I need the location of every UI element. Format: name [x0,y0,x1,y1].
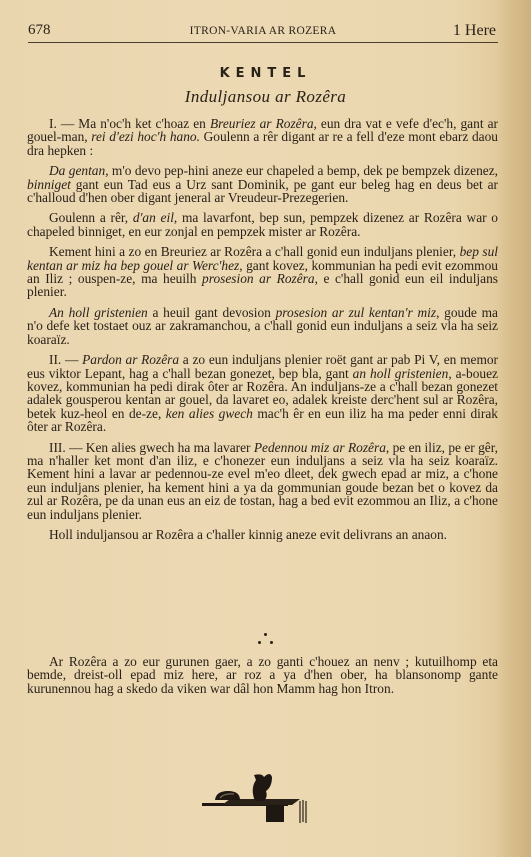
running-header: 678 ITRON-VARIA AR ROZERA 1 Here [28,22,498,43]
table-with-pitcher-bread-and-rosary-icon [200,765,320,825]
paragraph: II. — Pardon ar Rozêra a zo eun induljan… [27,353,498,433]
paragraph: An holl gristenien a heuil gant devosion… [27,306,498,346]
text-run: gant eun Tad eus a Urz sant Dominik, pe … [27,177,498,205]
emphasis-text: ken alies gwech [166,406,253,421]
book-page: 678 ITRON-VARIA AR ROZERA 1 Here KENTEL … [0,0,531,857]
month-label: 1 Here [453,22,496,40]
closing-text: Ar Rozêra a zo eur gurunen gaer, a zo ga… [27,655,498,695]
asterism-separator [0,628,531,644]
paragraph: Holl induljansou ar Rozêra a c'haller ki… [27,528,498,541]
lesson-heading: KENTEL [0,66,531,81]
paragraph: III. — Ken alies gwech ha ma lavarer Ped… [27,441,498,521]
emphasis-text: rei d'ezi hoc'h hano. [91,129,200,144]
running-title: ITRON-VARIA AR ROZERA [28,25,498,37]
paragraph: Kement hini a zo en Breuriez ar Rozêra a… [27,245,498,299]
paragraph: Da gentan, m'o devo pep-hini aneze eur c… [27,164,498,204]
section-title: Induljansou ar Rozêra [0,87,531,107]
text-run: Holl induljansou ar Rozêra a c'haller ki… [49,527,447,542]
paragraph: Goulenn a rêr, d'an eil, ma lavarfont, b… [27,211,498,238]
emphasis-text: prosesion ar Rozêra [202,271,315,286]
body-text: I. — Ma n'oc'h ket c'hoaz en Breuriez ar… [27,117,498,548]
paragraph: I. — Ma n'oc'h ket c'hoaz en Breuriez ar… [27,117,498,157]
closing-paragraph: Ar Rozêra a zo eur gurunen gaer, a zo ga… [27,655,498,695]
